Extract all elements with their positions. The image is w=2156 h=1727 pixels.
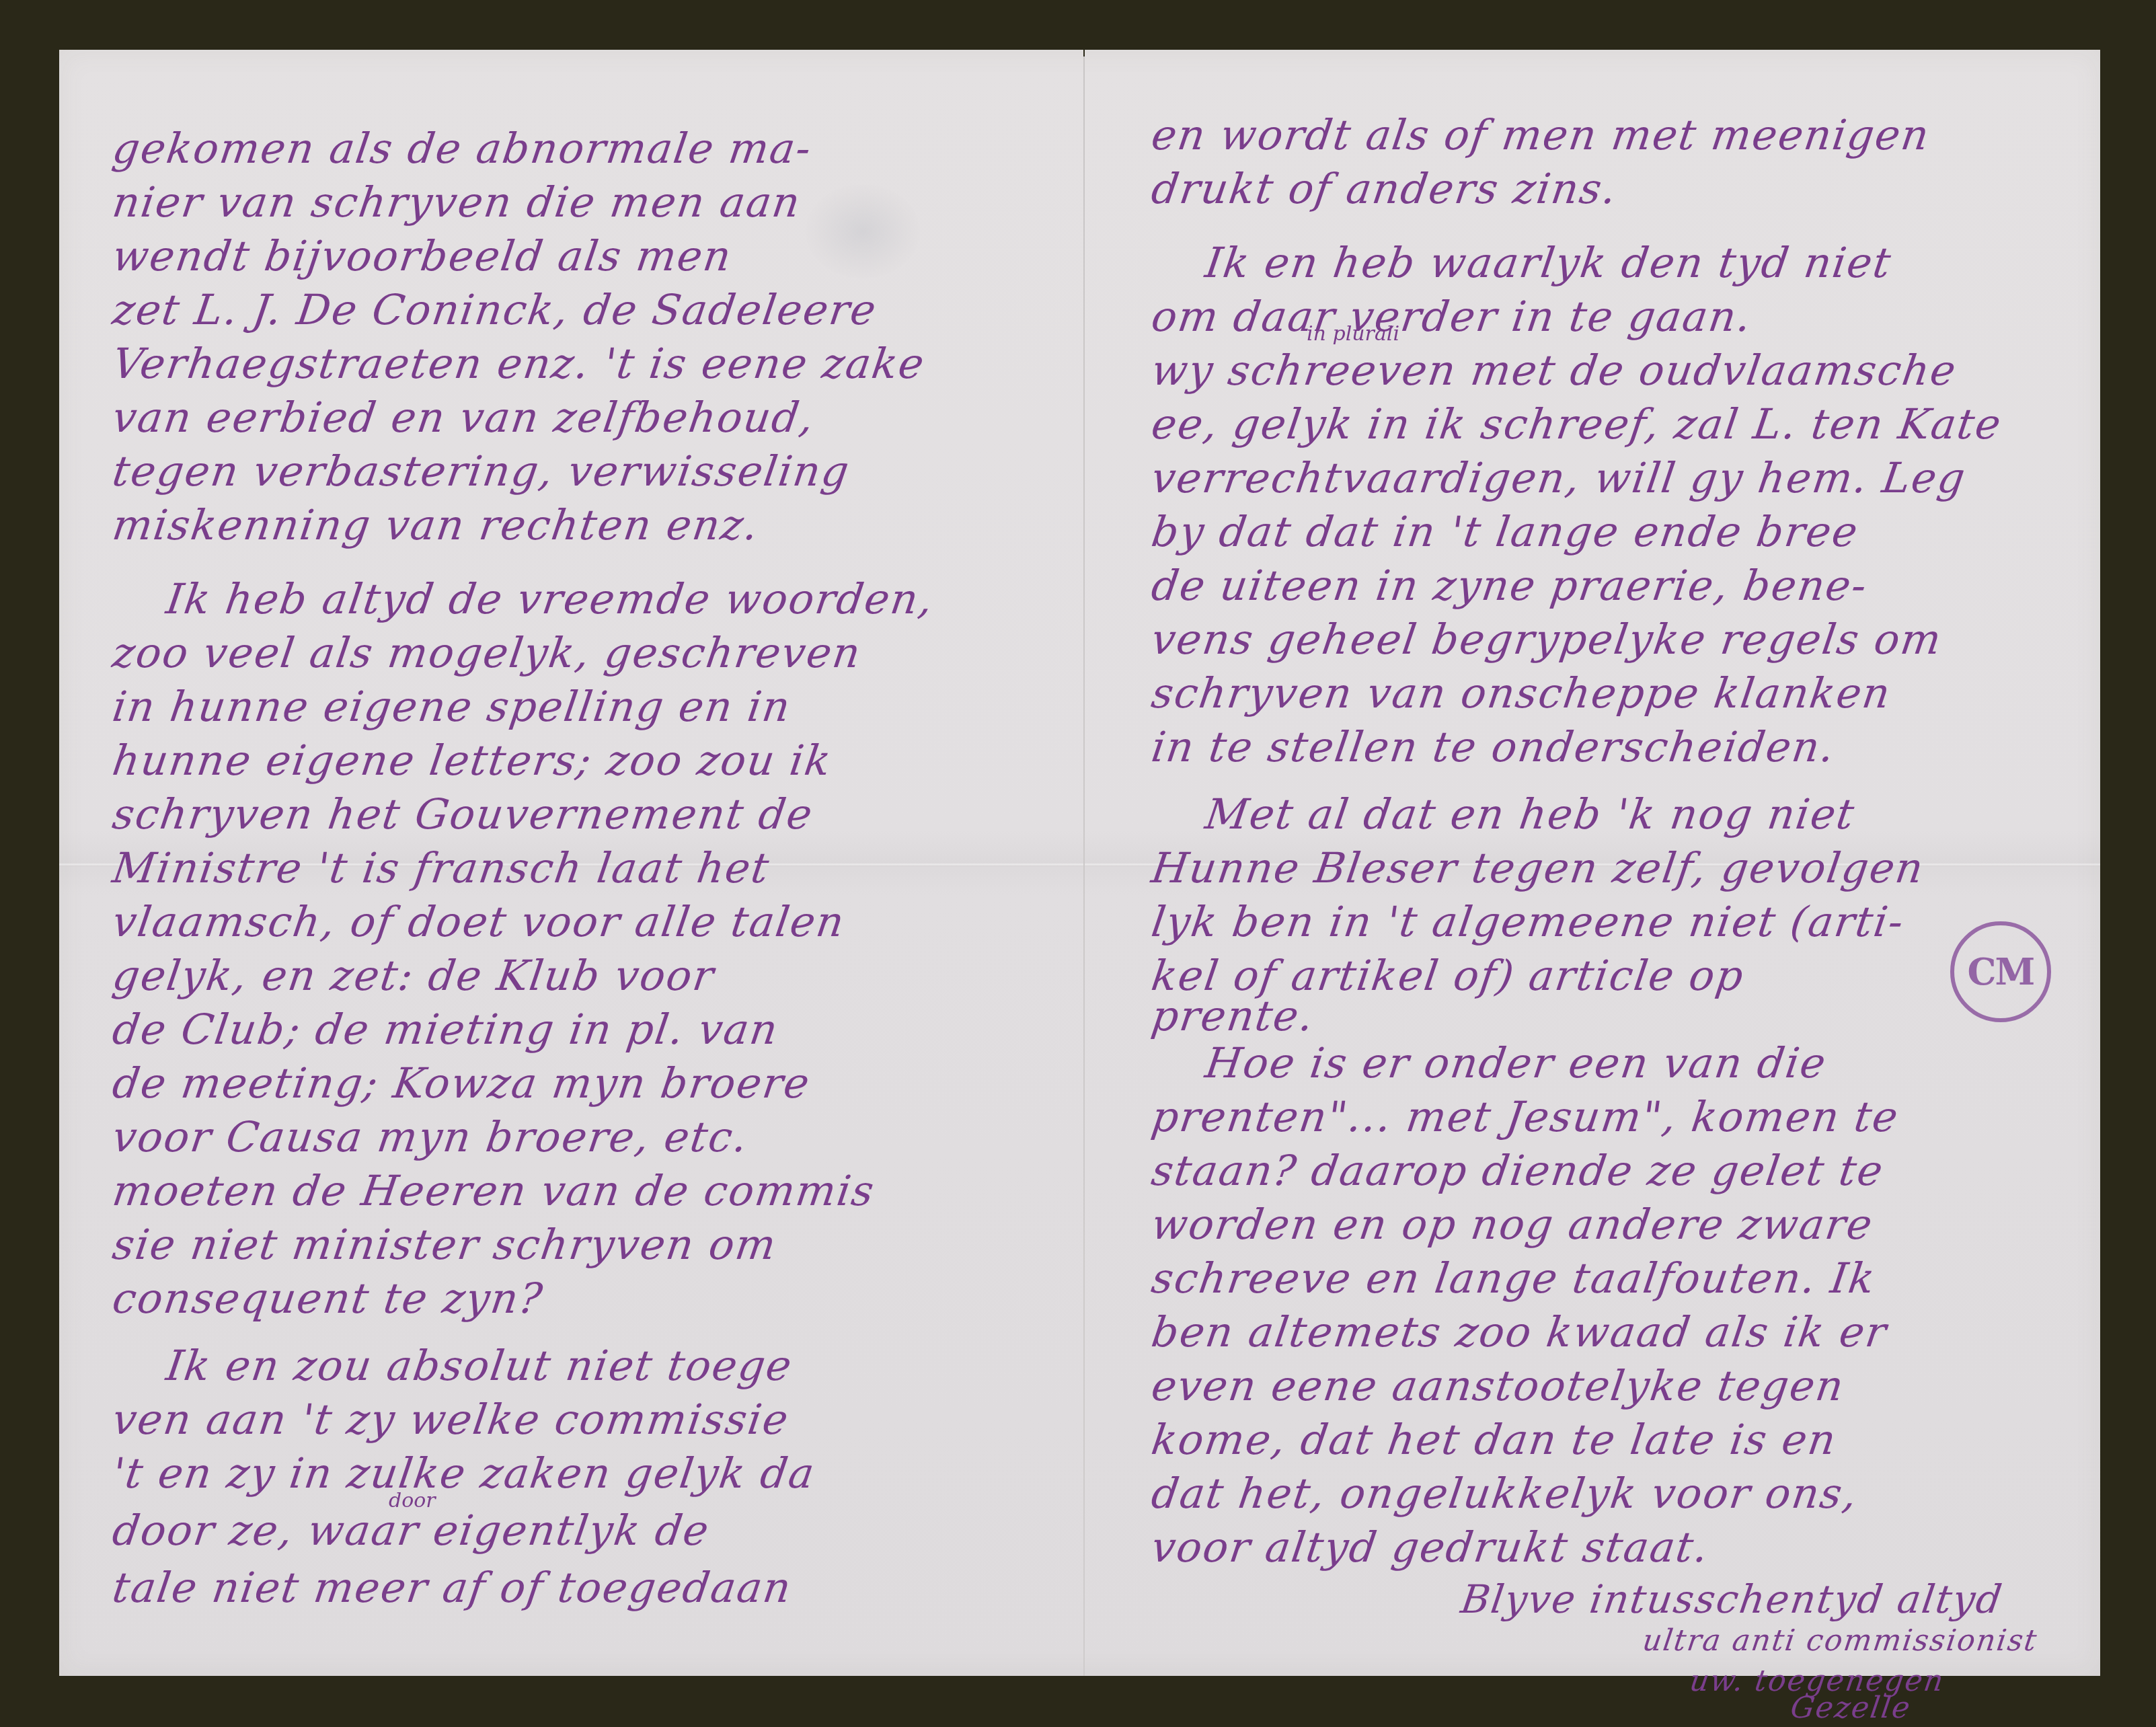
left-line-22: consequent te zyn? [110,1274,547,1323]
right-line-8: by dat dat in 't lange ende bree [1149,507,1862,556]
right-line-7: verrechtvaardigen, will gy hem. Leg [1149,453,1969,502]
signature-closing: Blyve intusschentyd altyd [1458,1576,2006,1622]
right-line-19: prenten"... met Jesum", komen te [1149,1092,1902,1141]
right-line-4: om daar verder in te gaan. [1149,292,1755,341]
left-line-15: vlaamsch, of doet voor alle talen [110,897,848,946]
left-line-20: moeten de Heeren van de commis [110,1166,878,1215]
right-page: en wordt als of men met meenigen drukt o… [1085,50,2100,1676]
left-line-25: 't en zy in zulke zaken gelyk da [110,1449,818,1498]
left-line-16: gelyk, en zet: de Klub voor [110,951,718,1000]
left-line-6: van eerbied en van zelfbehoud, [110,393,818,442]
signature-name: Gezelle [1788,1691,1913,1725]
right-line-17: prente. [1149,991,1318,1040]
right-insertion-in-plurali: in plurali [1307,322,1399,346]
left-line-17: de Club; de mieting in pl. van [110,1005,782,1054]
ink-stamp: CM [1950,921,2051,1022]
right-line-6: ee, gelyk in ik schreef, zal L. ten Kate [1149,399,2005,449]
right-line-9: de uiteen in zyne praerie, bene- [1149,561,1871,610]
right-line-14: Hunne Bleser tegen zelf, gevolgen [1149,843,1927,892]
right-line-2: drukt of anders zins. [1149,164,1621,213]
right-line-18: Hoe is er onder een van die [1202,1038,1830,1087]
right-line-12: in te stellen te onderscheiden. [1149,722,1839,771]
right-line-27: voor altyd gedrukt staat. [1149,1523,1713,1572]
left-line-13: schryven het Gouvernement de [110,790,816,839]
right-line-5: wy schreeven met de oudvlaamsche [1149,346,1960,395]
right-line-3: Ik en heb waarlyk den tyd niet [1202,238,1895,287]
right-line-24: even eene aanstootelyke tegen [1149,1361,1848,1410]
left-page: gekomen als de abnormale ma- nier van sc… [59,50,1083,1676]
left-line-21: sie niet minister schryven om [110,1220,780,1269]
left-line-11: in hunne eigene spelling en in [110,682,794,731]
left-line-10: zoo veel als mogelyk, geschreven [110,628,865,677]
right-line-23: ben altemets zoo kwaad als ik er [1149,1307,1890,1356]
left-line-5: Verhaegstraeten enz. 't is eene zake [110,339,929,388]
left-line-19: voor Causa myn broere, etc. [110,1112,752,1161]
left-line-18: de meeting; Kowza myn broere [110,1059,814,1108]
letter-sheet: gekomen als de abnormale ma- nier van sc… [59,50,2100,1676]
left-line-3: wendt bijvoorbeeld als men [110,231,735,280]
right-line-20: staan? daarop diende ze gelet te [1149,1146,1887,1195]
right-line-15: lyk ben in 't algemeene niet (arti- [1149,897,1908,946]
left-line-1: gekomen als de abnormale ma- [110,124,815,173]
signature-line-2: ultra anti commissionist [1640,1623,2040,1658]
left-line-27: tale niet meer af of toegedaan [110,1563,795,1612]
stamp-monogram: CM [1968,950,2034,993]
right-line-21: worden en op nog andere zware [1149,1200,1876,1249]
left-line-12: hunne eigene letters; zoo zou ik [110,736,835,785]
left-line-24: ven aan 't zy welke commissie [110,1395,792,1444]
left-line-9: Ik heb altyd de vreemde woorden, [163,574,937,623]
left-line-14: Ministre 't is fransch laat het [110,843,773,892]
left-line-8: miskenning van rechten enz. [110,500,763,549]
left-line-4: zet L. J. De Coninck, de Sadeleere [110,285,880,334]
right-line-11: schryven van onscheppe klanken [1149,668,1894,718]
left-line-2: nier van schryven die men aan [110,178,804,227]
left-line-23: Ik en zou absolut niet toege [163,1341,796,1390]
left-line-26: door ze, waar eigentlyk de [110,1506,713,1555]
right-line-10: vens geheel begrypelyke regels om [1149,615,1946,664]
right-line-26: dat het, ongelukkelyk voor ons, [1149,1469,1861,1518]
right-line-25: kome, dat het dan te late is en [1149,1415,1840,1464]
right-line-22: schreeve en lange taalfouten. Ik [1149,1254,1879,1303]
right-line-13: Met al dat en heb 'k nog niet [1202,790,1859,839]
right-line-1: en wordt als of men met meenigen [1149,110,1933,159]
left-line-7: tegen verbastering, verwisseling [110,447,853,496]
